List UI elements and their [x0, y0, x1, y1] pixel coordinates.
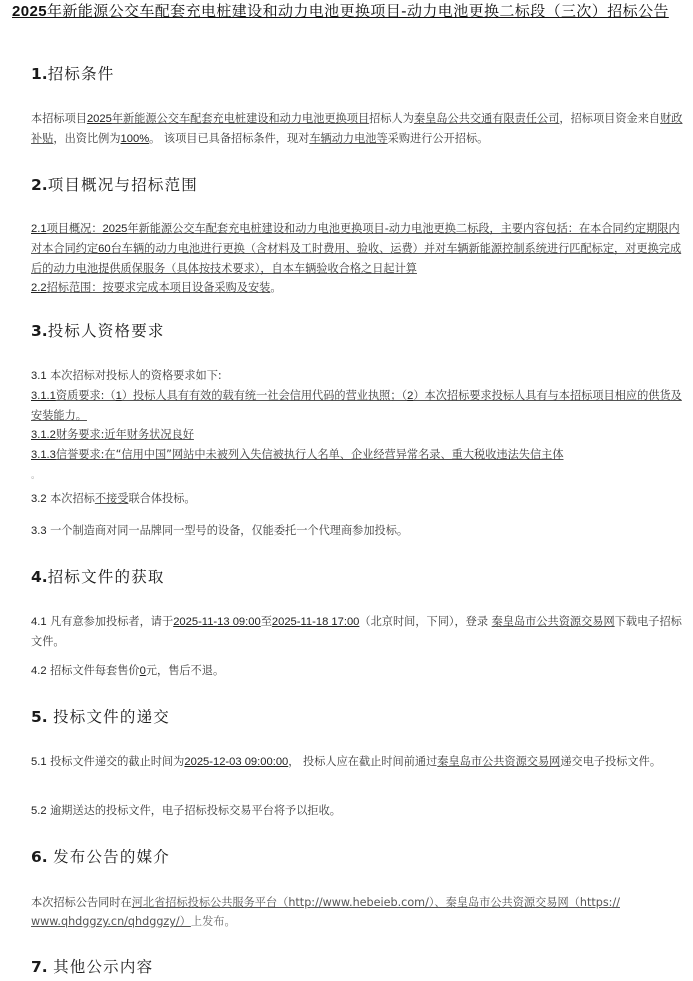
tenderer-link[interactable]: 秦皇岛公共交通有限责任公司	[414, 112, 559, 125]
section-number: 7.	[31, 958, 53, 976]
text: 信誉要求:在“信用中国”网站中未被列入失信被执行人名单、企业经营异常名录、重大税…	[56, 448, 564, 461]
item-number: 5.2	[31, 805, 47, 817]
section-title: 项目概况与招标范围	[48, 176, 198, 194]
item-number: 3.1.1	[31, 390, 56, 402]
text: （北京时间，下同），登录	[359, 615, 491, 628]
text: 本招标项目	[31, 112, 87, 125]
section-title: 其他公示内容	[53, 958, 153, 976]
trading-site-link[interactable]: 秦皇岛市公共资源交易网	[492, 615, 615, 628]
item-number: 3.2	[31, 493, 47, 505]
section-4-1-paragraph: 4.1 凡有意参加投标者，请于2025-11-13 09:00至2025-11-…	[31, 612, 686, 651]
section-heading-5: 5. 投标文件的递交	[31, 707, 170, 727]
text: 元，售后不退。	[146, 664, 224, 677]
section-number: 5.	[31, 708, 53, 726]
section-5-2-paragraph: 5.2 逾期送达的投标文件，电子招标投标交易平台将予以拒收。	[31, 801, 686, 821]
no-consortium-link[interactable]: 不接受	[95, 492, 129, 505]
item-number: 3.1	[31, 370, 47, 382]
text: 采购进行公开招标。	[388, 132, 489, 145]
text: 项目概况：	[47, 222, 103, 235]
text: 至	[261, 615, 272, 628]
section-title: 投标文件的递交	[53, 708, 170, 726]
text: 招标人为	[369, 112, 414, 125]
section-title: 投标人资格要求	[48, 322, 165, 340]
section-heading-7: 7. 其他公示内容	[31, 957, 153, 977]
section-number: 4.	[31, 568, 48, 586]
text: 台车辆的动力电池进行更换（含材料及工时费用、验收、运费）并对车辆新能源控制系统进…	[31, 242, 681, 275]
section-number: 3.	[31, 322, 48, 340]
trading-site-link[interactable]: 秦皇岛市公共资源交易网	[437, 755, 560, 768]
text: 财务要求:近年财务状况良好	[56, 428, 194, 441]
section-heading-1: 1.招标条件	[31, 64, 115, 84]
text: 一个制造商对同一品牌同一型号的设备，仅能委托一个代理商参加投标。	[47, 524, 409, 537]
text: 上发布。	[191, 915, 236, 928]
section-heading-2: 2.项目概况与招标范围	[31, 175, 198, 195]
text: ， 投标人应在截止时间前通过	[288, 755, 437, 768]
section-5-1-paragraph: 5.1 投标文件递交的截止时间为2025-12-03 09:00:00， 投标人…	[31, 752, 686, 772]
title-year: 2025	[12, 3, 47, 20]
section-4-2-paragraph: 4.2 招标文件每套售价0元，售后不退。	[31, 661, 686, 681]
text: 逾期送达的投标文件，电子招标投标交易平台将予以拒收。	[47, 804, 341, 817]
section-1-paragraph: 本招标项目2025年新能源公交车配套充电桩建设和动力电池更换项目招标人为秦皇岛公…	[31, 109, 686, 149]
text: ，招标项目资金来自	[559, 112, 660, 125]
text: 本次招标对投标人的资格要求如下:	[47, 369, 222, 382]
funding-ratio-link[interactable]: 100%	[121, 133, 150, 145]
section-heading-4: 4.招标文件的获取	[31, 567, 165, 587]
text: 资质要求:（	[56, 389, 116, 402]
credit-requirement-link[interactable]: 3.1.3信誉要求:在“信用中国”网站中未被列入失信被执行人名单、企业经营异常名…	[31, 448, 564, 461]
submission-deadline[interactable]: 2025-12-03 09:00:00	[184, 756, 288, 768]
section-heading-6: 6. 发布公告的媒介	[31, 847, 170, 867]
procurement-item-link[interactable]: 车辆动力电池等	[309, 132, 387, 145]
section-heading-3: 3.投标人资格要求	[31, 321, 165, 341]
item-number: 4.2	[31, 665, 47, 677]
text: 递交电子投标文件。	[560, 755, 661, 768]
text: 本次招标	[47, 492, 95, 505]
tender-scope-link[interactable]: 2.2招标范围：按要求完成本项目设备采购及安装	[31, 281, 270, 294]
year: 2025	[103, 223, 128, 235]
item-number: 2.2	[31, 282, 47, 294]
section-number: 6.	[31, 848, 53, 866]
section-title: 招标条件	[48, 65, 115, 83]
text: 凡有意参加投标者，请于	[47, 615, 174, 628]
item-number: 4.1	[31, 616, 47, 628]
item-number: 3.1.3	[31, 449, 56, 461]
section-2-overview: 2.1项目概况：2025年新能源公交车配套充电桩建设和动力电池更换项目-动力电池…	[31, 219, 686, 298]
project-name: 年新能源公交车配套充电桩建设和动力电池更换项目	[112, 112, 369, 125]
project-name-link[interactable]: 2025年新能源公交车配套充电桩建设和动力电池更换项目	[87, 112, 369, 125]
vehicle-count: 60	[98, 243, 110, 255]
text: 。	[270, 281, 281, 294]
section-number: 1.	[31, 65, 48, 83]
section-3-2-paragraph: 3.2 本次招标不接受联合体投标。	[31, 489, 686, 509]
project-overview-link[interactable]: 2.1项目概况：2025年新能源公交车配套充电桩建设和动力电池更换项目-动力电池…	[31, 222, 681, 275]
text: 本次招标公告同时在	[31, 896, 132, 909]
text: 联合体投标。	[128, 492, 195, 505]
page-title: 2025年新能源公交车配套充电桩建设和动力电池更换项目-动力电池更换二标段（三次…	[12, 2, 688, 21]
text: ）投标人具有有效的载有统一社会信用代码的营业执照；（	[122, 389, 407, 402]
title-text: 年新能源公交车配套充电桩建设和动力电池更换项目-动力电池更换二标段（三次）招标公…	[47, 2, 669, 20]
financial-requirement-link[interactable]: 3.1.2财务要求:近年财务状况良好	[31, 428, 194, 441]
download-end-time[interactable]: 2025-11-18 17:00	[272, 616, 360, 628]
item-number: 2.1	[31, 223, 47, 235]
text: 招标文件每套售价	[47, 664, 140, 677]
qualification-requirement-link[interactable]: 3.1.1资质要求:（1）投标人具有有效的载有统一社会信用代码的营业执照；（2）…	[31, 389, 682, 422]
section-number: 2.	[31, 176, 48, 194]
section-6-paragraph: 本次招标公告同时在河北省招标投标公共服务平台（http://www.hebeie…	[31, 893, 621, 931]
section-3-requirements: 3.1 本次招标对投标人的资格要求如下:3.1.1资质要求:（1）投标人具有有效…	[31, 366, 686, 486]
item-number: 5.1	[31, 756, 47, 768]
item-number: 3.3	[31, 525, 47, 537]
section-3-3-paragraph: 3.3 一个制造商对同一品牌同一型号的设备，仅能委托一个代理商参加投标。	[31, 521, 686, 541]
text: 招标范围：按要求完成本项目设备采购及安装	[47, 281, 271, 294]
section-title: 发布公告的媒介	[53, 848, 170, 866]
text: 。	[31, 471, 40, 481]
text: 投标文件递交的截止时间为	[47, 755, 185, 768]
download-start-time[interactable]: 2025-11-13 09:00	[173, 616, 261, 628]
section-title: 招标文件的获取	[48, 568, 165, 586]
text: ，出资比例为	[53, 132, 120, 145]
project-year: 2025	[87, 113, 112, 125]
text: 。 该项目已具备招标条件，现对	[149, 132, 309, 145]
item-number: 3.1.2	[31, 429, 56, 441]
